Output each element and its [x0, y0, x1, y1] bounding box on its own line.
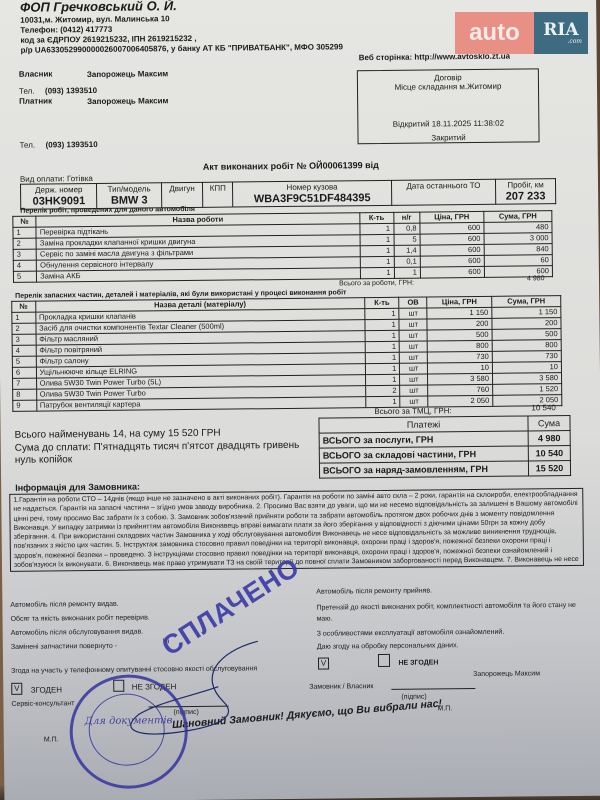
parts-cell-unit: шт [399, 341, 427, 352]
works-cell-hours: 0,8 [394, 223, 421, 234]
parts-cell-price: 3 580 [428, 373, 493, 385]
parts-cell-n: 5 [12, 356, 36, 367]
works-cell-hours: 1 [394, 267, 421, 278]
parts-cell-n: 1 [12, 312, 36, 323]
works-cell-price: 600 [420, 244, 484, 256]
agree-checkbox[interactable]: V [11, 683, 22, 695]
parts-cell-price: 730 [428, 351, 493, 363]
parts-cell-n: 7 [13, 378, 37, 389]
works-cell-price: 600 [420, 233, 484, 245]
parts-cell-unit: шт [399, 319, 427, 330]
parts-cell-qty: 1 [365, 374, 399, 385]
vehicle-value [165, 194, 200, 206]
parts-cell-sum: 200 [492, 318, 561, 330]
vehicle-value: 03HK9091 [24, 195, 94, 208]
info-title: Інформація для Замовника: [15, 482, 140, 493]
payment-value: 4 980 [528, 431, 570, 446]
parts-header: ОВ [399, 297, 427, 308]
parts-cell-unit: шт [400, 385, 428, 396]
parts-cell-qty: 1 [365, 341, 399, 352]
vehicle-cell: Пробіг, км207 233 [495, 179, 555, 205]
owner-phone-label: Тел. [19, 87, 35, 96]
contract-place: Місце складання м.Житомир [358, 81, 538, 92]
parts-cell-sum: 500 [492, 329, 561, 341]
parts-cell-price: 1 150 [427, 307, 492, 319]
watermark-suffix: .com [567, 39, 582, 45]
owner-value: Запорожець Максим [87, 69, 168, 79]
agree-label: ЗГОДЕН [31, 685, 62, 694]
left-sign-line-1: Автомобіль після ремонту видав. [10, 601, 118, 609]
vehicle-table: Держ. номер03HK9091Тип/модельBMW 3Двигун… [20, 178, 556, 210]
works-cell-sum: 840 [484, 244, 552, 256]
parts-cell-unit: шт [400, 352, 428, 363]
works-cell-n: 5 [13, 271, 36, 282]
right-sign-line-1: Автомобіль після ремонту прийняв. [316, 587, 432, 595]
parts-cell-sum: 730 [492, 351, 561, 363]
vehicle-header: Держ. номер [35, 185, 82, 194]
watermark-auto: auto [455, 12, 534, 54]
parts-cell-sum: 1 150 [492, 307, 561, 319]
parts-cell-n: 3 [12, 334, 36, 345]
works-cell-sum: 60 [484, 255, 552, 267]
parts-cell-n: 8 [13, 389, 37, 400]
vehicle-header: Дата останнього ТО [406, 181, 480, 191]
parts-cell-price: 500 [427, 329, 492, 341]
parts-cell-unit: шт [399, 330, 427, 341]
consent-disagree-checkbox[interactable] [378, 654, 390, 667]
right-sign-line-3: З особливостями експлуатації автомобіля … [317, 629, 505, 638]
works-cell-qty: 1 [360, 223, 394, 234]
works-cell-n: 4 [13, 260, 36, 271]
vehicle-header: Тип/модель [108, 184, 151, 193]
customer-signature-line [391, 688, 475, 690]
works-cell-n: 1 [13, 227, 36, 238]
parts-header: К-ть [365, 297, 399, 308]
vehicle-value [395, 191, 492, 204]
parts-cell-n: 6 [12, 367, 36, 378]
parts-cell-unit: шт [399, 308, 427, 319]
parts-header: Сума, ГРН [492, 296, 561, 308]
parts-cell-n: 2 [12, 323, 36, 334]
vehicle-header: Номер кузова [286, 182, 337, 192]
parts-cell-qty: 1 [365, 352, 399, 363]
autoria-watermark: auto RIA .com [455, 12, 588, 54]
customer-label: Замовник / Власник [309, 683, 373, 691]
works-cell-price: 600 [420, 222, 484, 234]
works-cell-qty: 1 [360, 256, 394, 267]
payments-row: ВСЬОГО за наряд-замовленням, ГРН15 520 [319, 461, 570, 479]
payments-header-sum: Сума [528, 416, 570, 431]
company-name: ФОП Гречковський О. Й. [20, 0, 177, 15]
works-total-value: 4 980 [527, 275, 545, 282]
data-consent-disagree[interactable]: НЕ ЗГОДЕН [378, 651, 439, 670]
vehicle-cell: Держ. номер03HK9091 [20, 183, 97, 209]
company-phone: Телефон: (0412) 417773 [20, 25, 112, 35]
info-text: 1.Гарантія на роботи СТО – 14днів (якщо … [9, 488, 584, 572]
vehicle-header: КПП [210, 184, 226, 193]
company-address: 10031,м. Житомир, вул. Малинська 10 [20, 14, 169, 25]
document-sheet: ФОП Гречковський О. Й. 10031,м. Житомир,… [0, 0, 600, 800]
summary-total: Всього найменувань 14, на суму 15 520 ГР… [15, 428, 221, 441]
vehicle-cell: Дата останнього ТО [391, 179, 495, 205]
works-cell-n: 3 [13, 249, 36, 260]
parts-cell-qty: 1 [365, 319, 399, 330]
consent-disagree-label: НЕ ЗГОДЕН [398, 659, 438, 666]
owner-phone: (093) 1393510 [45, 86, 97, 96]
vehicle-cell: Двигун [161, 182, 203, 207]
payment-value: 15 520 [528, 461, 570, 476]
parts-cell-qty: 1 [365, 363, 399, 374]
consent-agree-checkbox[interactable]: V [318, 657, 329, 669]
works-header: № [13, 216, 36, 227]
parts-cell-sum: 10 [492, 362, 561, 374]
works-cell-qty: 1 [360, 234, 394, 245]
right-sign-line-2: Претензій до якості виконаних робіт, ком… [316, 600, 586, 625]
parts-cell-price: 10 [428, 362, 493, 374]
payer-value: Запорожець Максим [87, 96, 168, 106]
customer-name: Запорожець Максим [473, 670, 540, 678]
contract-closed: Закритий [358, 132, 538, 143]
company-codes: код за ЄДРПОУ 2619215232, ІПН 2619215232… [20, 34, 196, 45]
right-sign-line-4: Даю згоду на обробку персональних даних. [317, 642, 459, 650]
left-mp: М.П. [44, 736, 59, 743]
works-cell-hours: 5 [394, 234, 421, 245]
vehicle-value: WBA3F9C51DF484395 [236, 192, 388, 206]
parts-total-label: Всього за ТМЦ, ГРН: [374, 406, 451, 416]
works-cell-hours: 1,4 [394, 245, 421, 256]
parts-cell-sum: 1 520 [493, 384, 562, 396]
parts-cell-unit: шт [400, 363, 428, 374]
vehicle-cell: КПП [203, 182, 233, 207]
parts-total-value: 10 540 [531, 403, 556, 412]
works-header: Сума, ГРН [484, 211, 552, 223]
works-cell-qty: 1 [360, 267, 394, 278]
parts-cell-sum: 800 [492, 340, 561, 352]
payments-table: Платежі Сума ВСЬОГО за послуги, ГРН4 980… [318, 415, 571, 479]
parts-cell-qty: 2 [366, 385, 400, 396]
works-cell-sum: 3 000 [484, 233, 552, 245]
vehicle-cell: Номер кузоваWBA3F9C51DF484395 [233, 180, 392, 207]
works-table: №Назва роботиК-тьн/гЦіна, ГРНСума, ГРН 1… [12, 210, 553, 283]
works-cell-hours: 0,1 [394, 256, 421, 267]
works-total-label: Всього за роботи, ГРН: [339, 280, 414, 288]
parts-cell-n: 4 [12, 345, 36, 356]
summary-amount-words: Сума до сплати: П'ятнадцять тисяч п'ятсо… [15, 440, 315, 467]
parts-cell-price: 2 050 [428, 395, 493, 407]
left-sign-line-2: Обсяг та якість виконаних робіт перевіри… [11, 614, 150, 622]
parts-cell-sum: 3 580 [492, 373, 561, 385]
act-title: Акт виконаних робіт № ОЙ00061399 від [203, 160, 379, 172]
payer-phone-label: Тел. [20, 141, 36, 150]
survey-agree[interactable]: V ЗГОДЕН [11, 679, 62, 698]
works-header: Ціна, ГРН [420, 211, 484, 223]
works-cell-n: 2 [13, 238, 36, 249]
watermark-ria-text: RIA [543, 22, 578, 39]
parts-cell-qty: 1 [365, 330, 399, 341]
vehicle-value: BMW 3 [101, 194, 158, 207]
parts-header: № [12, 301, 36, 312]
works-cell-sum: 480 [484, 222, 552, 234]
parts-cell-unit: шт [400, 374, 428, 385]
parts-cell-price: 200 [427, 318, 492, 330]
payment-label: ВСЬОГО за наряд-замовленням, ГРН [319, 461, 528, 478]
works-header: н/г [393, 212, 420, 223]
parts-cell-price: 800 [427, 340, 492, 352]
vehicle-value [206, 194, 229, 206]
owner-label: Власник [19, 69, 53, 78]
handwritten-signature [98, 631, 299, 753]
contract-box: Договір Місце складання м.Житомир Відкри… [357, 68, 540, 144]
works-cell-price: 600 [420, 255, 484, 267]
vehicle-header: Пробіг, км [507, 180, 543, 189]
parts-cell-price: 760 [428, 384, 493, 396]
parts-table: №Назва деталі (матеріалу)К-тьОВЦіна, ГРН… [11, 295, 562, 412]
parts-cell-n: 9 [13, 400, 37, 411]
works-header: К-ть [359, 212, 393, 223]
watermark-ria: RIA .com [534, 12, 588, 54]
contract-opened: Відкритий 18.11.2025 11:38:02 [358, 118, 538, 129]
payer-label: Платник [19, 96, 52, 105]
works-cell-qty: 1 [360, 245, 394, 256]
parts-cell-qty: 1 [365, 308, 399, 319]
parts-header: Ціна, ГРН [427, 296, 492, 308]
vehicle-value: 207 233 [499, 190, 552, 203]
vehicle-header: Двигун [169, 184, 195, 193]
consultant-label: Сервіс-консультант [11, 700, 74, 708]
payment-value: 10 540 [528, 446, 570, 461]
vehicle-cell: Тип/модельBMW 3 [97, 183, 161, 209]
payer-phone: (093) 1393510 [46, 140, 98, 150]
data-consent-agree[interactable]: V [318, 655, 329, 673]
works-cell-price: 600 [420, 266, 484, 278]
